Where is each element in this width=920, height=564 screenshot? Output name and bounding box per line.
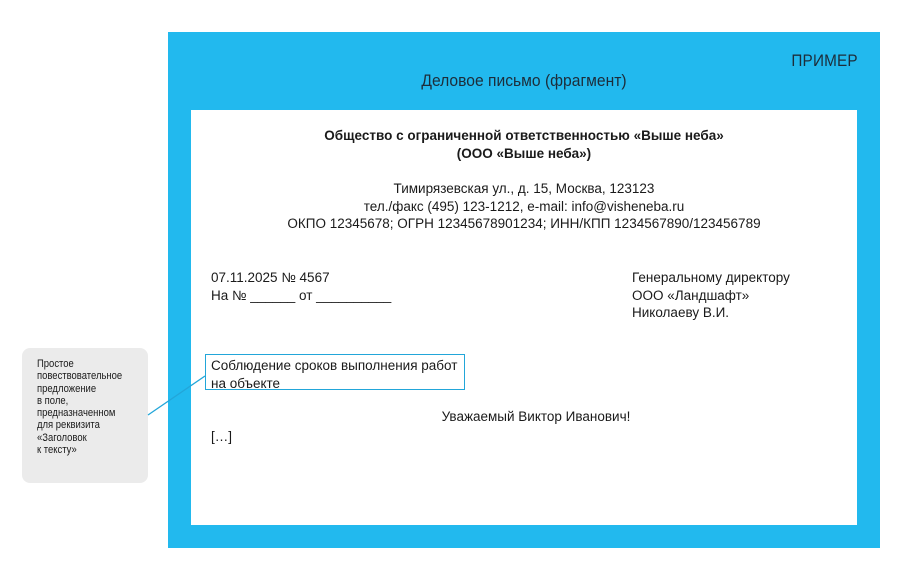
callout-line: для реквизита [37, 419, 127, 431]
annotation-callout: Простое повествовательное предложение в … [22, 348, 148, 483]
reply-reference: На № ______ от __________ [211, 287, 391, 305]
salutation: Уважаемый Виктор Иванович! [191, 409, 857, 424]
date-number: 07.11.2025 № 4567 [211, 269, 391, 287]
heading-line: Соблюдение сроков выполнения работ [211, 357, 464, 375]
frame-title: Деловое письмо (фрагмент) [196, 71, 851, 91]
heading-line: на объекте [211, 375, 464, 393]
registration-block: 07.11.2025 № 4567 На № ______ от _______… [211, 269, 391, 305]
organization-contacts: Тимирязевская ул., д. 15, Москва, 123123… [191, 180, 857, 233]
omitted-text-marker: […] [211, 429, 232, 444]
addressee-line: Генеральному директору [632, 269, 790, 287]
callout-line: Простое [37, 358, 127, 370]
letter-page: Общество с ограниченной ответственностью… [191, 110, 857, 525]
callout-line: в поле, [37, 395, 127, 407]
heading-to-text-box: Соблюдение сроков выполнения работ на об… [205, 354, 465, 390]
org-address: Тимирязевская ул., д. 15, Москва, 123123 [191, 180, 857, 198]
org-short-name: (ООО «Выше неба») [191, 145, 857, 163]
addressee-block: Генеральному директору ООО «Ландшафт» Ни… [632, 269, 790, 322]
callout-line: предложение [37, 383, 127, 395]
example-frame: ПРИМЕР Деловое письмо (фрагмент) Обществ… [168, 32, 880, 548]
org-registration: ОКПО 12345678; ОГРН 12345678901234; ИНН/… [191, 215, 857, 233]
callout-line: «Заголовок [37, 432, 127, 444]
org-phone-email: тел./факс (495) 123-1212, e-mail: info@v… [191, 198, 857, 216]
addressee-line: ООО «Ландшафт» [632, 287, 790, 305]
sample-label: ПРИМЕР [792, 51, 858, 71]
callout-line: предназначенном [37, 407, 127, 419]
callout-line: повествовательное [37, 370, 127, 382]
organization-name: Общество с ограниченной ответственностью… [191, 127, 857, 163]
org-full-name: Общество с ограниченной ответственностью… [191, 127, 857, 145]
callout-line: к тексту» [37, 444, 127, 456]
addressee-line: Николаеву В.И. [632, 304, 790, 322]
